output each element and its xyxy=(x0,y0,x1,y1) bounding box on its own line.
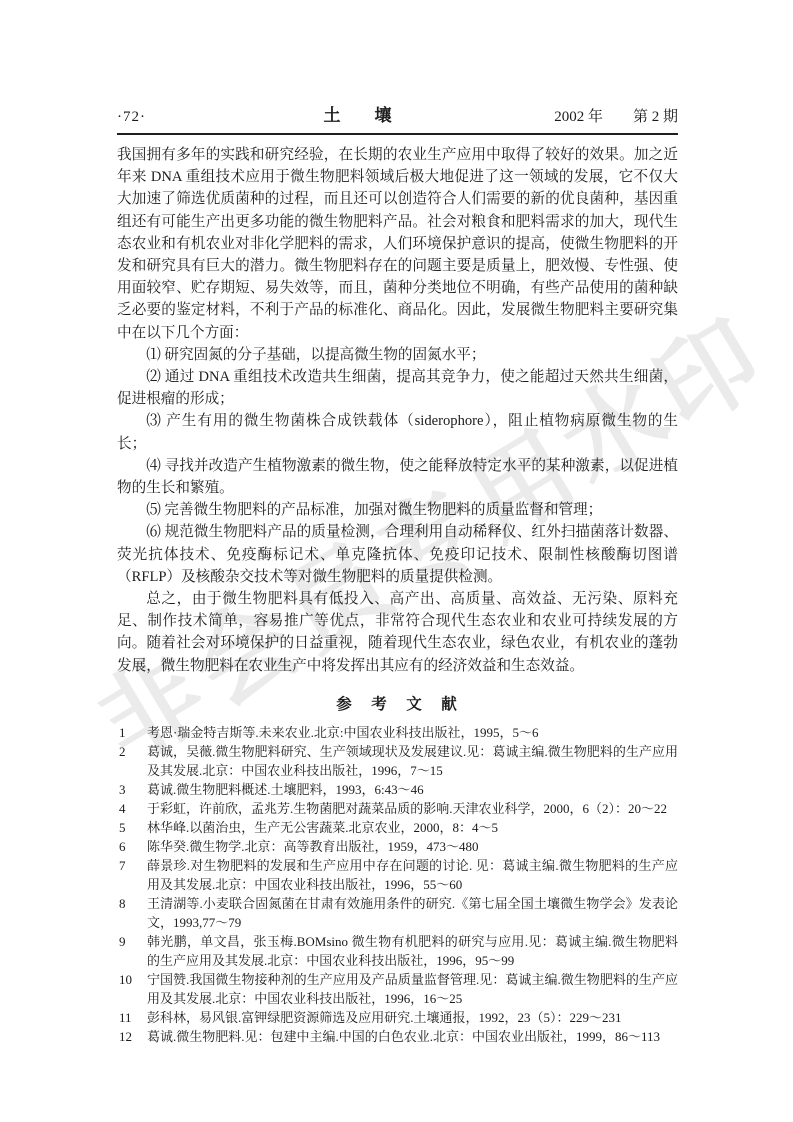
paragraph-summary: 总之，由于微生物肥料具有低投入、高产出、高质量、高效益、无污染、原料充足、制作技… xyxy=(117,588,678,677)
reference-item: 4 于彩虹，许前欣，孟兆芳.生物菌肥对蔬菜品质的影响.天津农业科学，2000，6… xyxy=(117,799,678,818)
reference-item: 8 王清湖等.小麦联合固氮菌在甘肃有效施用条件的研究.《第七届全国土壤微生物学会… xyxy=(117,894,678,932)
reference-text: 薛景珍.对生物肥料的发展和生产应用中存在问题的讨论. 见：葛诚主编.微生物肥料的… xyxy=(147,858,678,892)
article-body: 我国拥有多年的实践和研究经验，在长期的农业生产应用中取得了较好的效果。加之近年来… xyxy=(117,144,678,677)
reference-item: 7 薛景珍.对生物肥料的发展和生产应用中存在问题的讨论. 见：葛诚主编.微生物肥… xyxy=(117,856,678,894)
reference-text: 葛诚.微生物肥料概述.土壤肥料，1993，6:43～46 xyxy=(147,782,424,797)
references-list: 1 考恩·瑞金特吉斯等.未来农业.北京:中国农业科技出版社，1995，5～6 2… xyxy=(117,723,678,1046)
reference-text: 宁国赞.我国微生物接种剂的生产应用及产品质量监督管理.见：葛诚主编.微生物肥料的… xyxy=(147,972,678,1006)
reference-number: 5 xyxy=(119,818,126,837)
journal-title: 土 壤 xyxy=(227,106,488,126)
reference-item: 10 宁国赞.我国微生物接种剂的生产应用及产品质量监督管理.见：葛诚主编.微生物… xyxy=(117,970,678,1008)
reference-number: 6 xyxy=(119,837,126,856)
reference-item: 9 韩光鹏，单文昌，张玉梅.BOMsino 微生物有机肥料的研究与应用.见：葛诚… xyxy=(117,932,678,970)
reference-text: 葛诚，吴薇.微生物肥料研究、生产领域现状及发展建议.见：葛诚主编.微生物肥料的生… xyxy=(147,744,678,778)
reference-text: 王清湖等.小麦联合固氮菌在甘肃有效施用条件的研究.《第七届全国土壤微生物学会》发… xyxy=(147,896,678,930)
journal-page: 非会员专用水印 ·72· 土 壤 2002 年 第 2 期 我国拥有多年的实践和… xyxy=(0,0,793,1122)
reference-number: 7 xyxy=(119,856,126,875)
reference-item: 3 葛诚.微生物肥料概述.土壤肥料，1993，6:43～46 xyxy=(117,780,678,799)
reference-number: 2 xyxy=(119,742,126,761)
reference-item: 6 陈华癸.微生物学.北京：高等教育出版社，1959，473～480 xyxy=(117,837,678,856)
reference-item: 1 考恩·瑞金特吉斯等.未来农业.北京:中国农业科技出版社，1995，5～6 xyxy=(117,723,678,742)
reference-number: 12 xyxy=(119,1027,132,1046)
reference-number: 11 xyxy=(119,1008,132,1027)
reference-item: 11 彭科林，易风银.富钾绿肥资源筛选及应用研究.土壤通报，1992，23（5）… xyxy=(117,1008,678,1027)
reference-number: 9 xyxy=(119,932,126,951)
page-header: ·72· 土 壤 2002 年 第 2 期 xyxy=(117,106,678,127)
reference-number: 1 xyxy=(119,723,126,742)
issue-info: 2002 年 第 2 期 xyxy=(488,107,678,127)
references-heading: 参 考 文 献 xyxy=(117,692,678,714)
list-item-3: ⑶ 产生有用的微生物菌株合成铁载体（siderophore），阻止植物病原微生物… xyxy=(117,410,678,454)
reference-text: 于彩虹，许前欣，孟兆芳.生物菌肥对蔬菜品质的影响.天津农业科学，2000，6（2… xyxy=(147,801,667,816)
reference-number: 10 xyxy=(119,970,132,989)
list-item-4: ⑷ 寻找并改造产生植物激素的微生物，使之能释放特定水平的某种激素，以促进植物的生… xyxy=(117,455,678,499)
page-number: ·72· xyxy=(117,107,227,127)
reference-text: 考恩·瑞金特吉斯等.未来农业.北京:中国农业科技出版社，1995，5～6 xyxy=(147,725,538,740)
list-item-6: ⑹ 规范微生物肥料产品的质量检测，合理利用自动稀释仪、红外扫描菌落计数器、荧光抗… xyxy=(117,521,678,588)
reference-text: 林华峰.以菌治虫，生产无公害蔬菜.北京农业，2000，8：4～5 xyxy=(147,820,498,835)
reference-text: 葛诚.微生物肥料.见：包建中主编.中国的白色农业.北京：中国农业出版社，1999… xyxy=(147,1029,660,1044)
reference-number: 3 xyxy=(119,780,126,799)
reference-number: 4 xyxy=(119,799,126,818)
list-item-2: ⑵ 通过 DNA 重组技术改造共生细菌，提高其竞争力，使之能超过天然共生细菌，促… xyxy=(117,366,678,410)
reference-item: 5 林华峰.以菌治虫，生产无公害蔬菜.北京农业，2000，8：4～5 xyxy=(117,818,678,837)
reference-item: 2 葛诚，吴薇.微生物肥料研究、生产领域现状及发展建议.见：葛诚主编.微生物肥料… xyxy=(117,742,678,780)
reference-number: 8 xyxy=(119,894,126,913)
reference-item: 12 葛诚.微生物肥料.见：包建中主编.中国的白色农业.北京：中国农业出版社，1… xyxy=(117,1027,678,1046)
header-rule xyxy=(117,133,678,135)
list-item-5: ⑸ 完善微生物肥料的产品标准，加强对微生物肥料的质量监督和管理； xyxy=(117,499,678,521)
paragraph-intro: 我国拥有多年的实践和研究经验，在长期的农业生产应用中取得了较好的效果。加之近年来… xyxy=(117,144,678,344)
list-item-1: ⑴ 研究固氮的分子基础，以提高微生物的固氮水平； xyxy=(117,344,678,366)
reference-text: 陈华癸.微生物学.北京：高等教育出版社，1959，473～480 xyxy=(147,839,479,854)
page-content: ·72· 土 壤 2002 年 第 2 期 我国拥有多年的实践和研究经验，在长期… xyxy=(117,0,678,1046)
reference-text: 彭科林，易风银.富钾绿肥资源筛选及应用研究.土壤通报，1992，23（5）：22… xyxy=(147,1010,622,1025)
reference-text: 韩光鹏，单文昌，张玉梅.BOMsino 微生物有机肥料的研究与应用.见：葛诚主编… xyxy=(147,934,678,968)
